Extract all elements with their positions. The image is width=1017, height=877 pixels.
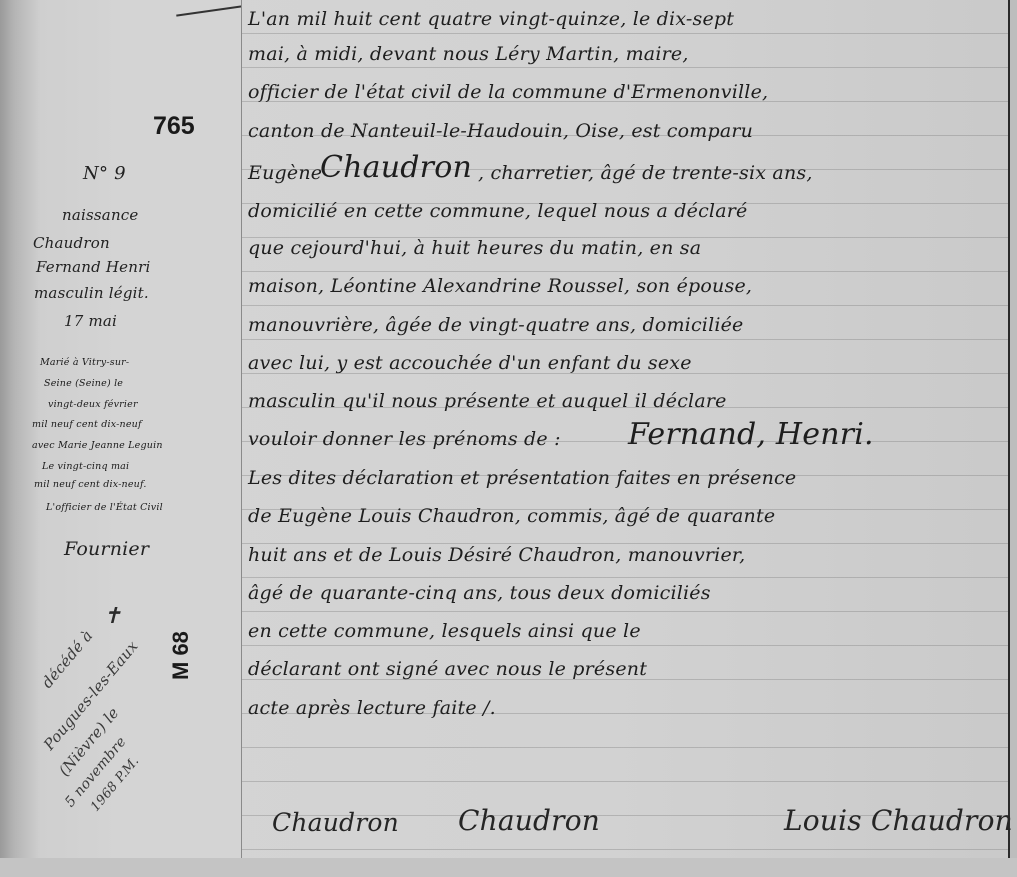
death-note-line: décédé à	[38, 627, 96, 692]
body-line-start: Eugène	[248, 162, 322, 184]
viewer-bottom-band	[0, 858, 1017, 877]
body-line: âgé de quarante-cinq ans, tous deux domi…	[248, 582, 711, 604]
margin-sex-legitimacy: masculin légit.	[34, 284, 149, 302]
body-line: avec lui, y est accouchée d'un enfant du…	[248, 352, 692, 374]
father-surname: Chaudron	[320, 150, 472, 185]
signature: Chaudron	[458, 804, 600, 837]
body-line: canton de Nanteuil-le-Haudouin, Oise, es…	[248, 120, 753, 142]
marriage-note-line: avec Marie Jeanne Leguin	[32, 440, 163, 451]
body-line: manouvrière, âgée de vingt-quatre ans, d…	[248, 314, 744, 336]
body-line: de Eugène Louis Chaudron, commis, âgé de…	[248, 505, 775, 527]
marriage-note-line: mil neuf cent dix-neuf	[32, 419, 142, 430]
margin-rule	[241, 0, 242, 858]
marriage-note-line: mil neuf cent dix-neuf.	[34, 479, 147, 490]
margin-date: 17 mai	[64, 312, 117, 330]
body-line: officier de l'état civil de la commune d…	[248, 81, 768, 103]
marriage-note-line: Le vingt-cinq mai	[42, 461, 129, 472]
body-line: déclarant ont signé avec nous le présent	[248, 658, 647, 680]
body-line-rest: , charretier, âgé de trente-six ans,	[478, 162, 813, 184]
act-type: naissance	[62, 206, 138, 224]
marriage-note-line: Marié à Vitry-sur-	[40, 357, 129, 368]
body-line: masculin qu'il nous présente et auquel i…	[248, 390, 727, 412]
cross-icon: ✝	[103, 604, 122, 629]
child-given-names: Fernand, Henri.	[628, 417, 874, 452]
pen-stroke	[176, 5, 242, 16]
marriage-note-line: L'officier de l'État Civil	[46, 502, 163, 513]
marriage-note-line: vingt-deux février	[48, 399, 138, 410]
entry-number: N° 9	[83, 163, 126, 184]
body-line: domicilié en cette commune, lequel nous …	[248, 200, 747, 222]
body-line: en cette commune, lesquels ainsi que le	[248, 620, 641, 642]
body-line: que cejourd'hui, à huit heures du matin,…	[248, 237, 701, 259]
body-line: Les dites déclaration et présentation fa…	[248, 467, 796, 489]
officer-signature: Fournier	[64, 538, 149, 560]
body-line: maison, Léontine Alexandrine Roussel, so…	[248, 275, 752, 297]
signature: Louis Chaudron	[784, 804, 1013, 837]
register-page: 765 N° 9 naissance Chaudron Fernand Henr…	[0, 0, 1017, 858]
page-edge	[1010, 0, 1017, 858]
body-line-start: vouloir donner les prénoms de :	[248, 428, 561, 450]
body-line: L'an mil huit cent quatre vingt-quinze, …	[248, 8, 734, 30]
body-line: acte après lecture faite /.	[248, 697, 496, 719]
page-number: 765	[153, 112, 195, 141]
margin-surname: Chaudron	[33, 234, 110, 252]
body-line: mai, à midi, devant nous Léry Martin, ma…	[248, 43, 689, 65]
marriage-note-line: Seine (Seine) le	[44, 378, 123, 389]
archive-stamp: M 68	[168, 631, 194, 680]
signature: Chaudron	[272, 808, 399, 837]
margin-given-names: Fernand Henri	[36, 258, 150, 276]
body-line: huit ans et de Louis Désiré Chaudron, ma…	[248, 544, 745, 566]
